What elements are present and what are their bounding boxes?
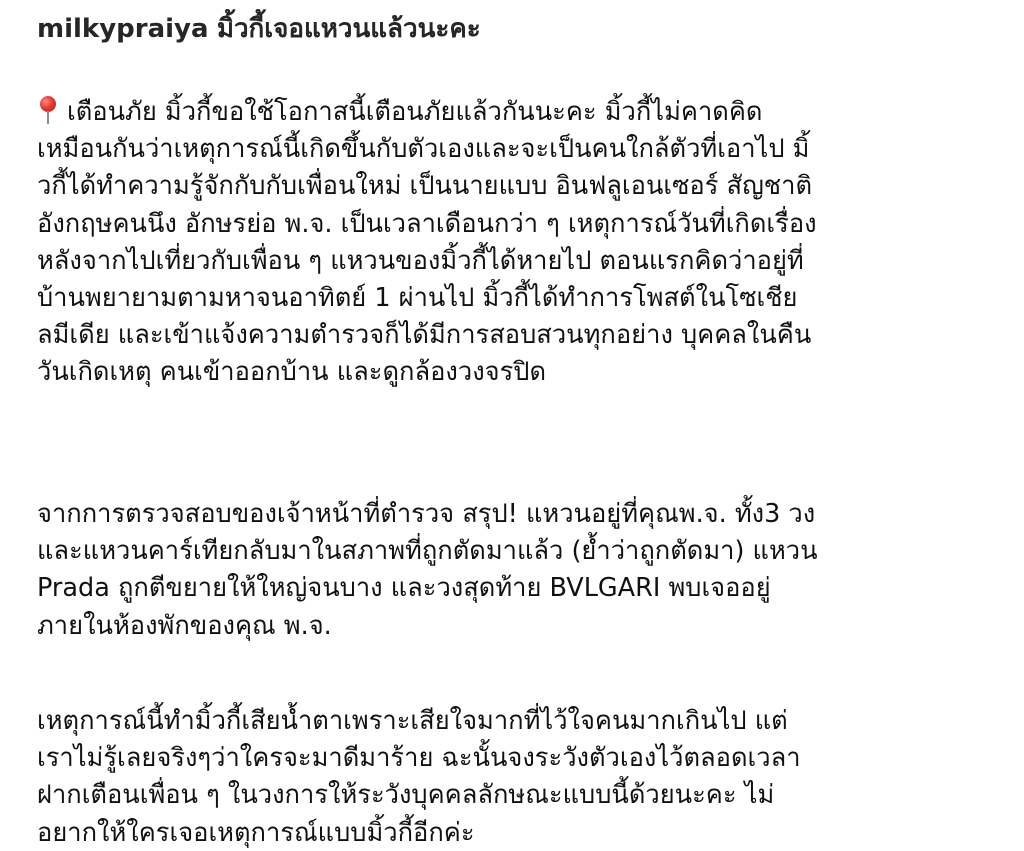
caption-paragraph-findings: จากการตรวจสอบของเจ้าหน้าที่ตำรวจ สรุป! แ… — [37, 496, 997, 645]
caption-line: วันเกิดเหตุ คนเข้าออกบ้าน และดูกล้องวงจร… — [37, 354, 997, 391]
caption-line: วกี้ได้ทำความรู้จักกับกับเพื่อนใหม่ เป็น… — [37, 168, 997, 205]
caption-line: เหมือนกันว่าเหตุการณ์นี้เกิดขึ้นกับตัวเอ… — [37, 131, 997, 168]
caption-line: เตือนภัย มิ้วกี้ขอใช้โอกาสนี้เตือนภัยแล้… — [37, 94, 997, 131]
caption-paragraph-warning: เตือนภัย มิ้วกี้ขอใช้โอกาสนี้เตือนภัยแล้… — [37, 94, 997, 392]
caption-paragraph-closing: เหตุการณ์นี้ทำมิ้วกี้เสียน้ำตาเพราะเสียใ… — [37, 703, 997, 851]
caption-line: จากการตรวจสอบของเจ้าหน้าที่ตำรวจ สรุป! แ… — [37, 496, 997, 533]
caption-header: milkypraiya มิ้วกี้เจอแหวนแล้วนะคะ — [37, 12, 481, 46]
caption-line: Prada ถูกตีขยายให้ใหญ่จนบาง และวงสุดท้าย… — [37, 570, 997, 607]
caption-line: ภายในห้องพักของคุณ พ.จ. — [37, 608, 997, 645]
caption-line: เราไม่รู้เลยจริงๆว่าใครจะมาดีมาร้าย ฉะนั… — [37, 740, 997, 777]
caption-title: มิ้วกี้เจอแหวนแล้วนะคะ — [217, 14, 481, 44]
caption-line: อังกฤษคนนึง อักษรย่อ พ.จ. เป็นเวลาเดือนก… — [37, 206, 997, 243]
caption-line: ลมีเดีย และเข้าแจ้งความตำรวจก็ได้มีการสอ… — [37, 317, 997, 354]
round-pushpin-icon — [37, 96, 59, 124]
caption-line: ฝากเตือนเพื่อน ๆ ในวงการให้ระวังบุคคลลัก… — [37, 777, 997, 814]
username-link[interactable]: milkypraiya — [37, 14, 209, 44]
caption-line: บ้านพยายามตามหาจนอาทิตย์ 1 ผ่านไป มิ้วกี… — [37, 280, 997, 317]
caption-line: หลังจากไปเที่ยวกับเพื่อน ๆ แหวนของมิ้วกี… — [37, 243, 997, 280]
caption-line: และแหวนคาร์เทียกลับมาในสภาพที่ถูกตัดมาแล… — [37, 533, 997, 570]
caption-line: เหตุการณ์นี้ทำมิ้วกี้เสียน้ำตาเพราะเสียใ… — [37, 703, 997, 740]
caption-line: อยากให้ใครเจอเหตุการณ์แบบมิ้วกี้อีกค่ะ — [37, 815, 997, 851]
